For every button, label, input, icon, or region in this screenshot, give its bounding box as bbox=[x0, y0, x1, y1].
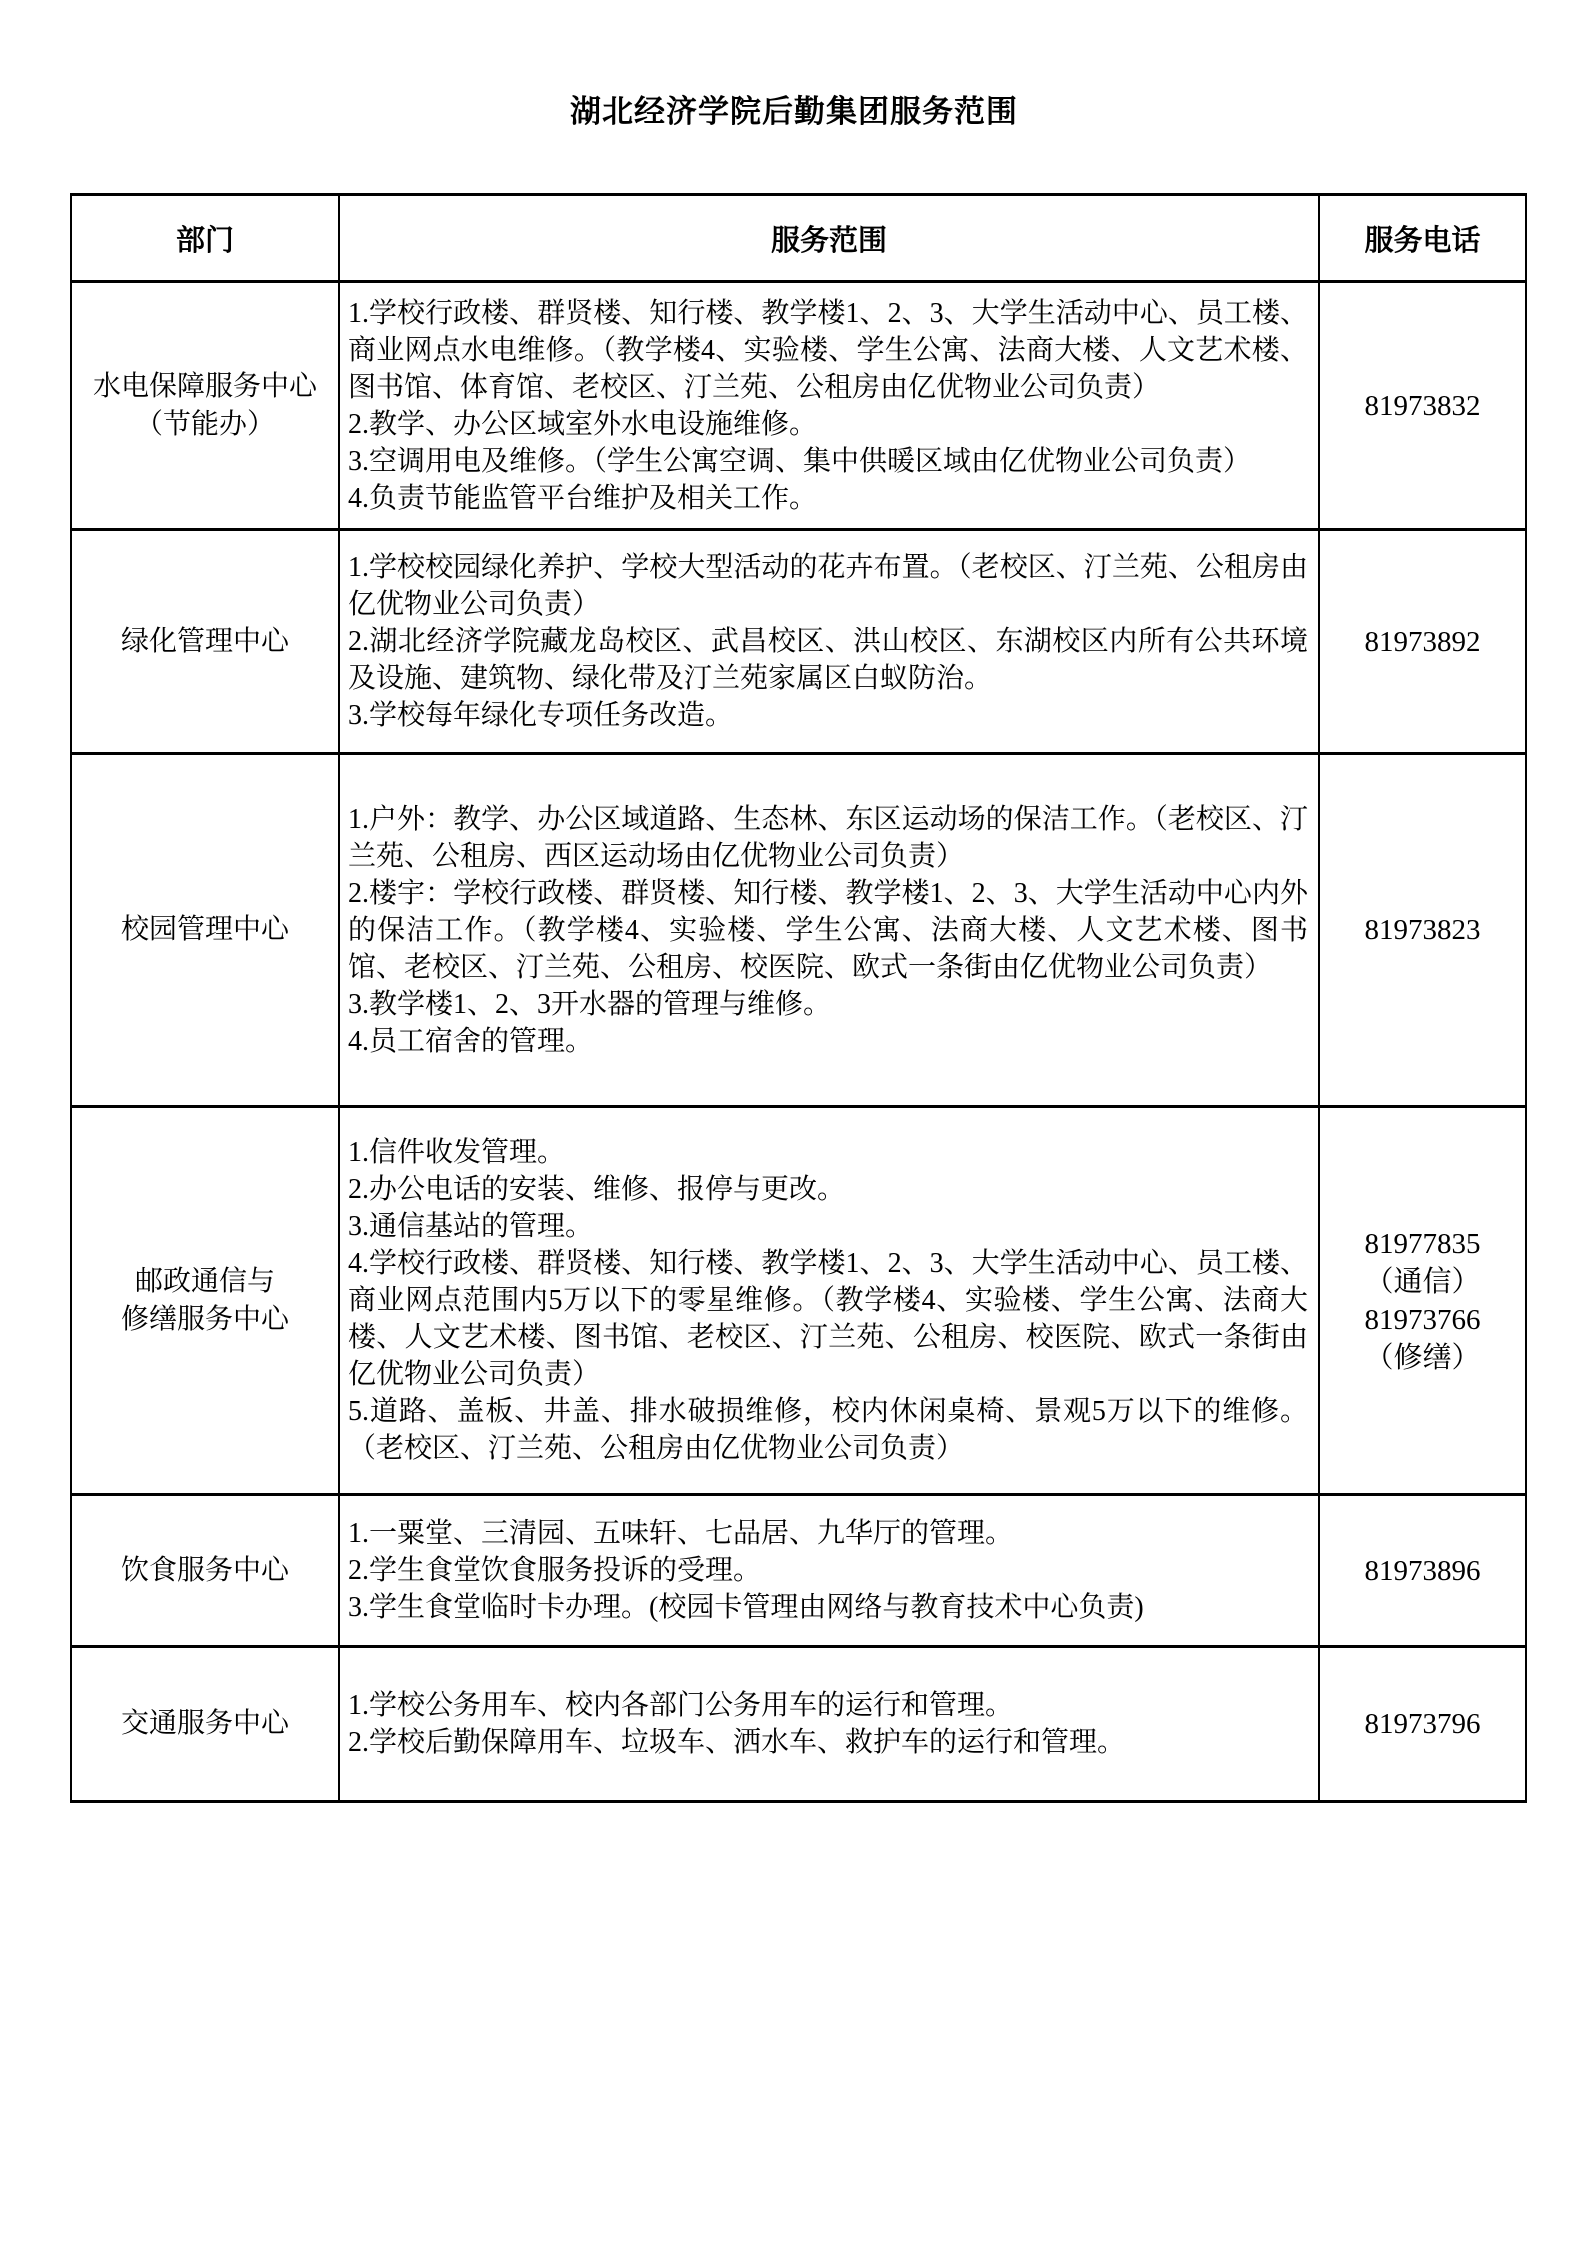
scope-item: 2.湖北经济学院藏龙岛校区、武昌校区、洪山校区、东湖校区内所有公共环境及设施、建… bbox=[348, 623, 1308, 697]
service-table: 部门 服务范围 服务电话 水电保障服务中心（节能办）1.学校行政楼、群贤楼、知行… bbox=[70, 193, 1527, 1803]
phone-line: 81973823 bbox=[1322, 911, 1523, 949]
table-row: 邮政通信与修缮服务中心1.信件收发管理。2.办公电话的安装、维修、报停与更改。3… bbox=[71, 1107, 1526, 1495]
scope-item: 1.一粟堂、三清园、五味轩、七品居、九华厅的管理。 bbox=[348, 1515, 1308, 1552]
header-row: 部门 服务范围 服务电话 bbox=[71, 195, 1526, 282]
department-line: 交通服务中心 bbox=[78, 1705, 332, 1743]
scope-item: 2.教学、办公区域室外水电设施维修。 bbox=[348, 406, 1308, 443]
header-scope: 服务范围 bbox=[339, 195, 1319, 282]
scope-item: 3.学生食堂临时卡办理。(校园卡管理由网络与教育技术中心负责) bbox=[348, 1589, 1308, 1626]
scope-cell: 1.户外：教学、办公区域道路、生态林、东区运动场的保洁工作。（老校区、汀兰苑、公… bbox=[339, 754, 1319, 1107]
phone-line: 81973896 bbox=[1322, 1552, 1523, 1590]
phone-cell: 81973896 bbox=[1319, 1495, 1526, 1647]
phone-cell: 81973796 bbox=[1319, 1647, 1526, 1802]
scope-item: 1.户外：教学、办公区域道路、生态林、东区运动场的保洁工作。（老校区、汀兰苑、公… bbox=[348, 801, 1308, 875]
department-line: 水电保障服务中心 bbox=[78, 368, 332, 406]
scope-item: 1.学校校园绿化养护、学校大型活动的花卉布置。（老校区、汀兰苑、公租房由亿优物业… bbox=[348, 549, 1308, 623]
phone-cell: 81973832 bbox=[1319, 282, 1526, 530]
table-row: 校园管理中心1.户外：教学、办公区域道路、生态林、东区运动场的保洁工作。（老校区… bbox=[71, 754, 1526, 1107]
table-row: 饮食服务中心1.一粟堂、三清园、五味轩、七品居、九华厅的管理。2.学生食堂饮食服… bbox=[71, 1495, 1526, 1647]
scope-cell: 1.一粟堂、三清园、五味轩、七品居、九华厅的管理。2.学生食堂饮食服务投诉的受理… bbox=[339, 1495, 1319, 1647]
scope-item: 4.学校行政楼、群贤楼、知行楼、教学楼1、2、3、大学生活动中心、员工楼、 商业… bbox=[348, 1245, 1308, 1393]
department-line: （节能办） bbox=[78, 406, 332, 444]
department-cell: 交通服务中心 bbox=[71, 1647, 339, 1802]
department-line: 邮政通信与 bbox=[78, 1263, 332, 1301]
scope-item: 3.空调用电及维修。（学生公寓空调、集中供暖区域由亿优物业公司负责） bbox=[348, 443, 1308, 480]
header-department: 部门 bbox=[71, 195, 339, 282]
scope-item: 2.学生食堂饮食服务投诉的受理。 bbox=[348, 1552, 1308, 1589]
document-title: 湖北经济学院后勤集团服务范围 bbox=[0, 86, 1588, 131]
department-line: 饮食服务中心 bbox=[78, 1552, 332, 1590]
scope-item: 1.学校行政楼、群贤楼、知行楼、教学楼1、2、3、大学生活动中心、员工楼、商业网… bbox=[348, 295, 1308, 406]
scope-item: 5.道路、盖板、井盖、排水破损维修，校内休闲桌椅、景观5万以下的维修。（老校区、… bbox=[348, 1393, 1308, 1467]
phone-line: 81973766 bbox=[1322, 1301, 1523, 1339]
table-row: 交通服务中心1.学校公务用车、校内各部门公务用车的运行和管理。2.学校后勤保障用… bbox=[71, 1647, 1526, 1802]
scope-item: 2.办公电话的安装、维修、报停与更改。 bbox=[348, 1171, 1308, 1208]
phone-line: （通信） bbox=[1322, 1263, 1523, 1301]
department-cell: 邮政通信与修缮服务中心 bbox=[71, 1107, 339, 1495]
scope-item: 4.负责节能监管平台维护及相关工作。 bbox=[348, 480, 1308, 517]
department-line: 绿化管理中心 bbox=[78, 623, 332, 661]
scope-item: 3.学校每年绿化专项任务改造。 bbox=[348, 697, 1308, 734]
table-row: 绿化管理中心1.学校校园绿化养护、学校大型活动的花卉布置。（老校区、汀兰苑、公租… bbox=[71, 530, 1526, 754]
department-cell: 饮食服务中心 bbox=[71, 1495, 339, 1647]
scope-item: 4.员工宿舍的管理。 bbox=[348, 1023, 1308, 1060]
phone-line: 81973832 bbox=[1322, 387, 1523, 425]
scope-item: 1.学校公务用车、校内各部门公务用车的运行和管理。 bbox=[348, 1687, 1308, 1724]
department-cell: 校园管理中心 bbox=[71, 754, 339, 1107]
phone-cell: 81973823 bbox=[1319, 754, 1526, 1107]
phone-cell: 81977835（通信）81973766（修缮） bbox=[1319, 1107, 1526, 1495]
department-cell: 绿化管理中心 bbox=[71, 530, 339, 754]
department-line: 修缮服务中心 bbox=[78, 1301, 332, 1339]
scope-item: 3.教学楼1、2、3开水器的管理与维修。 bbox=[348, 986, 1308, 1023]
table-body: 水电保障服务中心（节能办）1.学校行政楼、群贤楼、知行楼、教学楼1、2、3、大学… bbox=[71, 282, 1526, 1802]
table-header: 部门 服务范围 服务电话 bbox=[71, 195, 1526, 282]
department-cell: 水电保障服务中心（节能办） bbox=[71, 282, 339, 530]
scope-cell: 1.学校行政楼、群贤楼、知行楼、教学楼1、2、3、大学生活动中心、员工楼、商业网… bbox=[339, 282, 1319, 530]
phone-cell: 81973892 bbox=[1319, 530, 1526, 754]
scope-cell: 1.学校公务用车、校内各部门公务用车的运行和管理。2.学校后勤保障用车、垃圾车、… bbox=[339, 1647, 1319, 1802]
scope-item: 2.学校后勤保障用车、垃圾车、洒水车、救护车的运行和管理。 bbox=[348, 1724, 1308, 1761]
scope-item: 1.信件收发管理。 bbox=[348, 1134, 1308, 1171]
table-row: 水电保障服务中心（节能办）1.学校行政楼、群贤楼、知行楼、教学楼1、2、3、大学… bbox=[71, 282, 1526, 530]
scope-cell: 1.学校校园绿化养护、学校大型活动的花卉布置。（老校区、汀兰苑、公租房由亿优物业… bbox=[339, 530, 1319, 754]
header-phone: 服务电话 bbox=[1319, 195, 1526, 282]
scope-cell: 1.信件收发管理。2.办公电话的安装、维修、报停与更改。3.通信基站的管理。4.… bbox=[339, 1107, 1319, 1495]
scope-item: 3.通信基站的管理。 bbox=[348, 1208, 1308, 1245]
scope-item: 2.楼宇：学校行政楼、群贤楼、知行楼、教学楼1、2、3、大学生活动中心内外的保洁… bbox=[348, 875, 1308, 986]
phone-line: 81973796 bbox=[1322, 1705, 1523, 1743]
phone-line: （修缮） bbox=[1322, 1339, 1523, 1377]
department-line: 校园管理中心 bbox=[78, 911, 332, 949]
phone-line: 81973892 bbox=[1322, 623, 1523, 661]
phone-line: 81977835 bbox=[1322, 1225, 1523, 1263]
